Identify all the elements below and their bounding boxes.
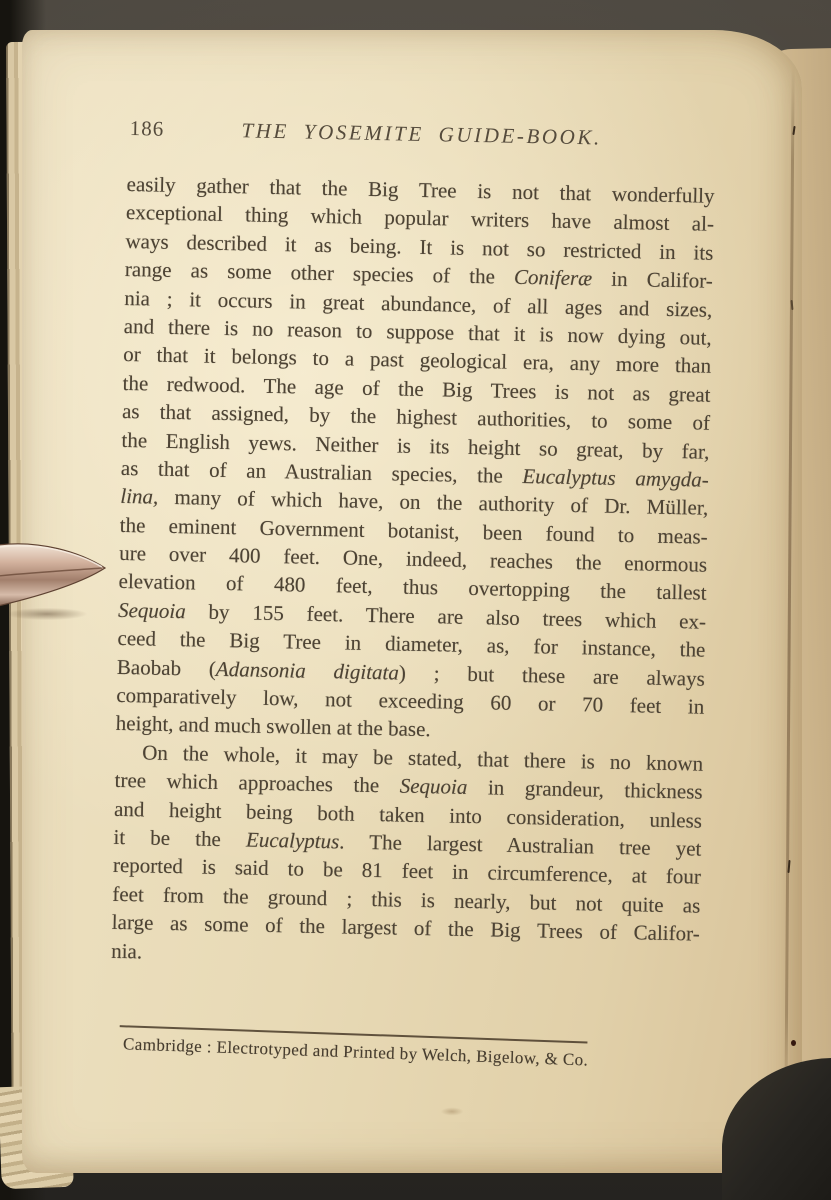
page-footer: Cambridge : Electrotyped and Printed by … — [109, 1025, 698, 1075]
book-page: 186 THE YOSEMITE GUIDE-BOOK. easily gath… — [22, 30, 802, 1173]
metal-bookmark-pointer — [0, 536, 112, 614]
book-photo: 186 THE YOSEMITE GUIDE-BOOK. easily gath… — [0, 0, 831, 1200]
page-stain — [437, 1106, 467, 1117]
imprint-line: Cambridge : Electrotyped and Printed by … — [123, 1034, 697, 1074]
page-content: 186 THE YOSEMITE GUIDE-BOOK. easily gath… — [109, 116, 716, 1066]
paper-fiber-speck — [791, 1040, 796, 1046]
page-header: 186 THE YOSEMITE GUIDE-BOOK. — [127, 116, 715, 158]
body-text: easily gather that the Big Tree is not t… — [111, 170, 715, 977]
running-title: THE YOSEMITE GUIDE-BOOK. — [127, 116, 715, 153]
